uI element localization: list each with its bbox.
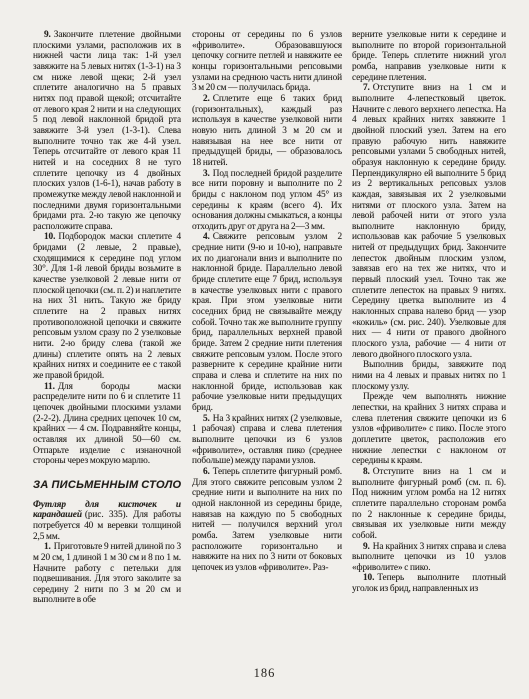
paragraph: 11.Для бороды маски распределите нити по… [33, 382, 181, 467]
paragraph-continuation: верните узелковые нити к середине и выпо… [352, 30, 506, 83]
paragraph-text: Теперь выполните плотный уголок из брид,… [352, 573, 506, 594]
paragraph-number: 4. [203, 232, 210, 242]
paragraph-text: Закончите плетение двойными плоскими узл… [33, 30, 181, 232]
paragraph: 3.Под последней бридой разделите все нит… [192, 169, 342, 233]
paragraph-number: 9. [44, 30, 51, 40]
paragraph-text: Отступите вниз на 1 см и выполните фигур… [352, 467, 506, 541]
paragraph: 10.Теперь выполните плотный уголок из бр… [352, 573, 506, 594]
paragraph: Прежде чем выполнять нижние лепестки, на… [352, 392, 506, 467]
paragraph-number: 9. [363, 542, 370, 552]
paragraph-text: Свяжите репсовым узлом 2 средние нити (9… [192, 232, 342, 413]
paragraph-text: Теперь сплетите фигурный ромб. Для этого… [192, 467, 342, 573]
paragraph-number: 8. [363, 467, 370, 477]
paragraph-text: Для бороды маски распределите нити по 6 … [33, 382, 181, 467]
paragraph: Футляр для кисточек и карандашей(рис. 33… [33, 500, 181, 543]
paragraph: 1.Приготовьте 9 нитей длиной по 3 м 20 с… [33, 542, 181, 606]
paragraph: 10.Подбородок маски сплетите 4 бридами (… [33, 232, 181, 381]
paragraph-number: 7. [363, 83, 370, 93]
paragraph: 6.Теперь сплетите фигурный ромб. Для это… [192, 467, 342, 574]
paragraph: 4.Свяжите репсовым узлом 2 средние нити … [192, 232, 342, 413]
paragraph-text: Под последней бридой разделите все нити … [192, 169, 342, 232]
paragraph: 2.Сплетите еще 6 таких брид (горизонталь… [192, 94, 342, 169]
paragraph-number: 10. [44, 232, 55, 242]
paragraph-text: На 3 крайних нитях (2 узелковые, 1 рабоч… [192, 414, 342, 467]
paragraph-text: стороны от середины по 6 узлов «фриволит… [192, 30, 342, 93]
paragraph-text: Выполнив бриды, завяжите под ними на 4 л… [352, 360, 506, 391]
paragraph-number: 11. [44, 382, 55, 392]
text-column-3: верните узелковые нити к середине и выпо… [352, 30, 506, 664]
paragraph-text: На крайних 3 нитях справа и слева выполн… [352, 542, 506, 573]
text-column-2: стороны от середины по 6 узлов «фриволит… [192, 30, 342, 664]
paragraph: 5.На 3 крайних нитях (2 узелковые, 1 раб… [192, 414, 342, 467]
paragraph-text: Подбородок маски сплетите 4 бридами (2 л… [33, 232, 181, 381]
paragraph-number: 10. [363, 573, 374, 583]
paragraph-number: 3. [203, 169, 210, 179]
book-page: 9.Закончите плетение двойными плоскими у… [0, 0, 529, 699]
paragraph-number: 5. [203, 414, 210, 424]
paragraph-text: Отступите вниз на 1 см и выполните 4-леп… [352, 83, 506, 359]
paragraph-text: верните узелковые нити к середине и выпо… [352, 30, 506, 83]
paragraph: 8.Отступите вниз на 1 см и выполните фиг… [352, 467, 506, 542]
paragraph-text: Прежде чем выполнять нижние лепестки, на… [352, 392, 506, 466]
section-heading: ЗА ПИСЬМЕННЫМ СТОЛОМ [33, 480, 181, 491]
paragraph: Выполнив бриды, завяжите под ними на 4 л… [352, 360, 506, 392]
paragraph: 9.На крайних 3 нитях справа и слева выпо… [352, 542, 506, 574]
paragraph: 7.Отступите вниз на 1 см и выполните 4-л… [352, 83, 506, 360]
paragraph-text: Сплетите еще 6 таких брид (горизонтальны… [192, 94, 342, 168]
paragraph-number: 6. [203, 467, 210, 477]
paragraph-number: 2. [203, 94, 210, 104]
paragraph-continuation: стороны от середины по 6 узлов «фриволит… [192, 30, 342, 94]
page-number: 186 [0, 666, 529, 681]
paragraph: 9.Закончите плетение двойными плоскими у… [33, 30, 181, 232]
text-column-1: 9.Закончите плетение двойными плоскими у… [33, 30, 181, 664]
paragraph-text: Приготовьте 9 нитей длиной по 3 м 20 см,… [33, 542, 181, 605]
paragraph-number: 1. [44, 542, 51, 552]
